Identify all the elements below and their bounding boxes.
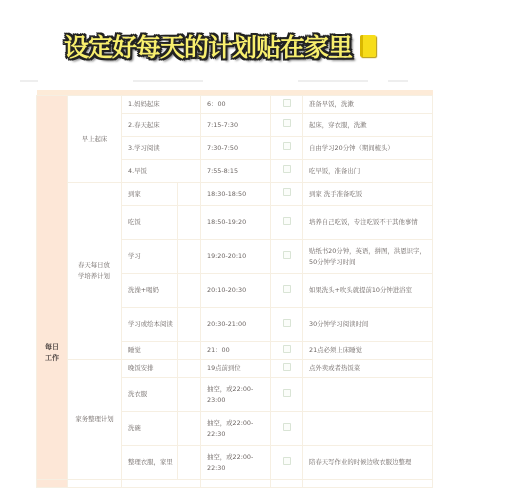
checkbox-cell[interactable] xyxy=(271,360,303,378)
time-cell: 7:15-7:30 xyxy=(201,114,271,137)
category-label-line: 每日 xyxy=(37,342,67,353)
note-cell: 陪春天写作业的时候边收衣服边整理 xyxy=(303,446,433,480)
note-cell: 自由学习20分钟（期间梳头） xyxy=(303,137,433,160)
spacer-cell xyxy=(178,378,201,412)
group-label-housework: 家务整理计划 xyxy=(68,360,122,480)
time-cell: 抽空，或22:00-23:00 xyxy=(201,378,271,412)
time-cell: 抽空，或22:00-22:30 xyxy=(201,412,271,446)
spacer-cell xyxy=(178,274,201,308)
partial-cell xyxy=(201,480,271,488)
item-cell: 2.春天起床 xyxy=(122,114,201,137)
time-cell: 18:50-19:20 xyxy=(201,206,271,240)
table-row-partial xyxy=(37,480,433,488)
note-cell: 贴纸书20分钟，英语，拼图，洪恩识字，50分钟学习时间 xyxy=(303,240,433,274)
title-text: 设定好每天的计划贴在家里 xyxy=(64,28,352,64)
note-cell: 培养自己吃饭，专注吃饭不干其他事情 xyxy=(303,206,433,240)
item-cell: 4.早饭 xyxy=(122,160,201,183)
faint-header-mark xyxy=(388,80,408,82)
spacer-cell xyxy=(178,240,201,274)
faint-header-mark xyxy=(133,80,203,82)
item-cell: 晚饭安排 xyxy=(122,360,178,378)
checkbox-cell[interactable] xyxy=(271,412,303,446)
page-title: 设定好每天的计划贴在家里 xyxy=(64,28,376,64)
time-cell: 20:30-21:00 xyxy=(201,308,271,342)
time-cell: 抽空，或22:00-22:30 xyxy=(201,446,271,480)
time-cell: 7:55-8:15 xyxy=(201,160,271,183)
note-cell: 点外卖或者热饭菜 xyxy=(303,360,433,378)
checkbox-cell[interactable] xyxy=(271,240,303,274)
checkbox-cell[interactable] xyxy=(271,96,303,114)
checkbox-cell[interactable] xyxy=(271,274,303,308)
note-cell xyxy=(303,378,433,412)
note-cell: 准备早饭，洗漱 xyxy=(303,96,433,114)
category-cell: 每日 工作 xyxy=(37,96,68,480)
spacer-cell xyxy=(178,183,201,206)
spacer-cell xyxy=(178,360,201,378)
spacer-cell xyxy=(178,412,201,446)
time-cell: 20:10-20:30 xyxy=(201,274,271,308)
spacer-cell xyxy=(178,308,201,342)
category-label-line: 工作 xyxy=(37,353,67,364)
item-cell: 1.妈妈起床 xyxy=(122,96,201,114)
checkbox[interactable] xyxy=(283,319,291,327)
checkbox-cell[interactable] xyxy=(271,378,303,412)
checkbox[interactable] xyxy=(283,457,291,465)
note-cell: 吃早饭，准备出门 xyxy=(303,160,433,183)
table-row: 每日 工作 早上起床 1.妈妈起床 6：00 准备早饭，洗漱 xyxy=(37,96,433,114)
checkbox[interactable] xyxy=(283,142,291,150)
partial-cell xyxy=(68,480,122,488)
time-cell: 19点前到位 xyxy=(201,360,271,378)
time-cell: 6：00 xyxy=(201,96,271,114)
daily-plan-table: 每日 工作 早上起床 1.妈妈起床 6：00 准备早饭，洗漱 2.春天起床 7:… xyxy=(36,90,432,488)
checkbox-cell[interactable] xyxy=(271,137,303,160)
group-label-after-school: 春天每日放学培养计划 xyxy=(68,183,122,360)
note-cell: 起床，穿衣服，洗漱 xyxy=(303,114,433,137)
note-cell: 到家 洗手准备吃饭 xyxy=(303,183,433,206)
item-cell: 3.学习阅读 xyxy=(122,137,201,160)
checkbox-cell[interactable] xyxy=(271,446,303,480)
checkbox-cell[interactable] xyxy=(271,183,303,206)
checkbox[interactable] xyxy=(283,99,291,107)
checkbox[interactable] xyxy=(283,217,291,225)
checkbox[interactable] xyxy=(283,251,291,259)
faint-header-row xyxy=(18,80,438,86)
note-cell: 如果洗头+吹头就提前10分钟进浴室 xyxy=(303,274,433,308)
checkbox-cell[interactable] xyxy=(271,206,303,240)
item-cell: 洗衣服 xyxy=(122,378,178,412)
table-row: 家务整理计划 晚饭安排 19点前到位 点外卖或者热饭菜 xyxy=(37,360,433,378)
faint-header-mark xyxy=(298,80,368,82)
checkbox[interactable] xyxy=(283,345,291,353)
checkbox[interactable] xyxy=(283,363,291,371)
spacer-cell xyxy=(178,206,201,240)
item-cell: 学习 xyxy=(122,240,178,274)
spacer-cell xyxy=(178,446,201,480)
time-cell: 7:30-7:50 xyxy=(201,137,271,160)
item-cell: 洗碗 xyxy=(122,412,178,446)
checkbox[interactable] xyxy=(283,423,291,431)
item-cell: 到家 xyxy=(122,183,178,206)
item-cell: 学习或绘本阅读 xyxy=(122,308,178,342)
spacer-cell xyxy=(178,342,201,360)
item-cell: 睡觉 xyxy=(122,342,178,360)
note-cell: 21点必须上床睡觉 xyxy=(303,342,433,360)
table-row: 春天每日放学培养计划 到家 18:30-18:50 到家 洗手准备吃饭 xyxy=(37,183,433,206)
faint-header-mark xyxy=(20,80,38,82)
group-label-morning: 早上起床 xyxy=(68,96,122,183)
checkbox[interactable] xyxy=(283,165,291,173)
note-cell: 30分钟学习阅读时间 xyxy=(303,308,433,342)
checkbox-cell[interactable] xyxy=(271,308,303,342)
ledger-notebook-icon xyxy=(360,35,376,57)
time-cell: 18:30-18:50 xyxy=(201,183,271,206)
time-cell: 19:20-20:10 xyxy=(201,240,271,274)
partial-cell xyxy=(303,480,433,488)
partial-cell xyxy=(271,480,303,488)
checkbox[interactable] xyxy=(283,119,291,127)
time-cell: 21：00 xyxy=(201,342,271,360)
partial-cell xyxy=(37,480,68,488)
checkbox-cell[interactable] xyxy=(271,342,303,360)
checkbox[interactable] xyxy=(283,389,291,397)
checkbox-cell[interactable] xyxy=(271,114,303,137)
checkbox-cell[interactable] xyxy=(271,160,303,183)
partial-cell xyxy=(122,480,201,488)
checkbox[interactable] xyxy=(283,188,291,196)
note-cell xyxy=(303,412,433,446)
checkbox[interactable] xyxy=(283,285,291,293)
item-cell: 洗澡+喝奶 xyxy=(122,274,178,308)
item-cell: 整理衣服，家里 xyxy=(122,446,178,480)
item-cell: 吃饭 xyxy=(122,206,178,240)
